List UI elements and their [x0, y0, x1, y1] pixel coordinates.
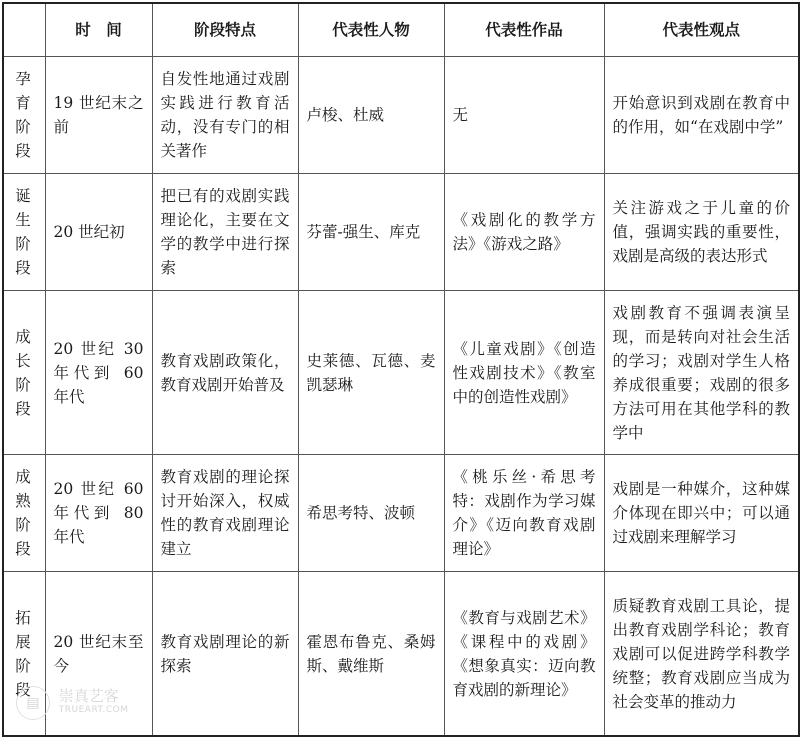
- header-views: 代表性观点: [604, 3, 799, 57]
- time-cell: 20 世纪末至今: [45, 572, 152, 737]
- stage-label: 孕育阶段: [15, 67, 33, 163]
- stage-name: 孕育阶段: [3, 57, 45, 174]
- views-cell: 戏剧教育不强调表演呈现，而是转向对社会生活的学习；戏剧对学生人格养成很重要；戏剧…: [604, 291, 799, 455]
- features-cell: 把已有的戏剧实践理论化，主要在文学的教学中进行探索: [152, 174, 298, 291]
- table-row: 孕育阶段 19 世纪末之前 自发性地通过戏剧实践进行教育活动，没有专门的相关著作…: [3, 57, 799, 174]
- table-row: 成长阶段 20 世纪 30 年代到 60 年代 教育戏剧政策化，教育戏剧开始普及…: [3, 291, 799, 455]
- time-cell: 19 世纪末之前: [45, 57, 152, 174]
- header-row: 时 间 阶段特点 代表性人物 代表性作品 代表性观点: [3, 3, 799, 57]
- table-row: 拓展阶段 20 世纪末至今 教育戏剧理论的新探索 霍恩布鲁克、桑姆斯、戴维斯 《…: [3, 572, 799, 737]
- time-cell: 20 世纪初: [45, 174, 152, 291]
- works-cell: 《戏剧化的教学方法》《游戏之路》: [444, 174, 604, 291]
- works-cell: 《儿童戏剧》《创造性戏剧技术》《教室中的创造性戏剧》: [444, 291, 604, 455]
- time-cell: 20 世纪 60 年代到 80 年代: [45, 455, 152, 572]
- works-cell: 无: [444, 57, 604, 174]
- features-cell: 教育戏剧的理论探讨开始深入，权威性的教育戏剧理论建立: [152, 455, 298, 572]
- header-time: 时 间: [45, 3, 152, 57]
- table-row: 成熟阶段 20 世纪 60 年代到 80 年代 教育戏剧的理论探讨开始深入，权威…: [3, 455, 799, 572]
- figures-cell: 芬蕾-强生、库克: [298, 174, 444, 291]
- header-figures: 代表性人物: [298, 3, 444, 57]
- table-row: 诞生阶段 20 世纪初 把已有的戏剧实践理论化，主要在文学的教学中进行探索 芬蕾…: [3, 174, 799, 291]
- views-cell: 戏剧是一种媒介，这种媒介体现在即兴中；可以通过戏剧来理解学习: [604, 455, 799, 572]
- stage-name: 拓展阶段: [3, 572, 45, 737]
- header-works: 代表性作品: [444, 3, 604, 57]
- stage-label: 拓展阶段: [15, 606, 33, 702]
- figures-cell: 霍恩布鲁克、桑姆斯、戴维斯: [298, 572, 444, 737]
- figures-cell: 史莱德、瓦德、麦凯瑟琳: [298, 291, 444, 455]
- works-cell: 《桃乐丝·希思考特：戏剧作为学习媒介》《迈向教育戏剧理论》: [444, 455, 604, 572]
- features-cell: 自发性地通过戏剧实践进行教育活动，没有专门的相关著作: [152, 57, 298, 174]
- stage-label: 成长阶段: [15, 325, 33, 421]
- figures-cell: 希思考特、波顿: [298, 455, 444, 572]
- views-cell: 关注游戏之于儿童的价值，强调实践的重要性，戏剧是高级的表达形式: [604, 174, 799, 291]
- figures-cell: 卢梭、杜威: [298, 57, 444, 174]
- features-cell: 教育戏剧政策化，教育戏剧开始普及: [152, 291, 298, 455]
- stage-label: 成熟阶段: [15, 465, 33, 561]
- features-cell: 教育戏剧理论的新探索: [152, 572, 298, 737]
- works-cell: 《教育与戏剧艺术》《课程中的戏剧》《想象真实：迈向教育戏剧的新理论》: [444, 572, 604, 737]
- header-stage: [3, 3, 45, 57]
- views-cell: 质疑教育戏剧工具论，提出教育戏剧学科论；教育戏剧可以促进跨学科教学统整；教育戏剧…: [604, 572, 799, 737]
- stage-name: 成长阶段: [3, 291, 45, 455]
- stage-name: 诞生阶段: [3, 174, 45, 291]
- stage-label: 诞生阶段: [15, 184, 33, 280]
- header-features: 阶段特点: [152, 3, 298, 57]
- stage-name: 成熟阶段: [3, 455, 45, 572]
- drama-education-stages-table: 时 间 阶段特点 代表性人物 代表性作品 代表性观点 孕育阶段 19 世纪末之前…: [2, 2, 800, 737]
- views-cell: 开始意识到戏剧在教育中的作用，如“在戏剧中学”: [604, 57, 799, 174]
- time-cell: 20 世纪 30 年代到 60 年代: [45, 291, 152, 455]
